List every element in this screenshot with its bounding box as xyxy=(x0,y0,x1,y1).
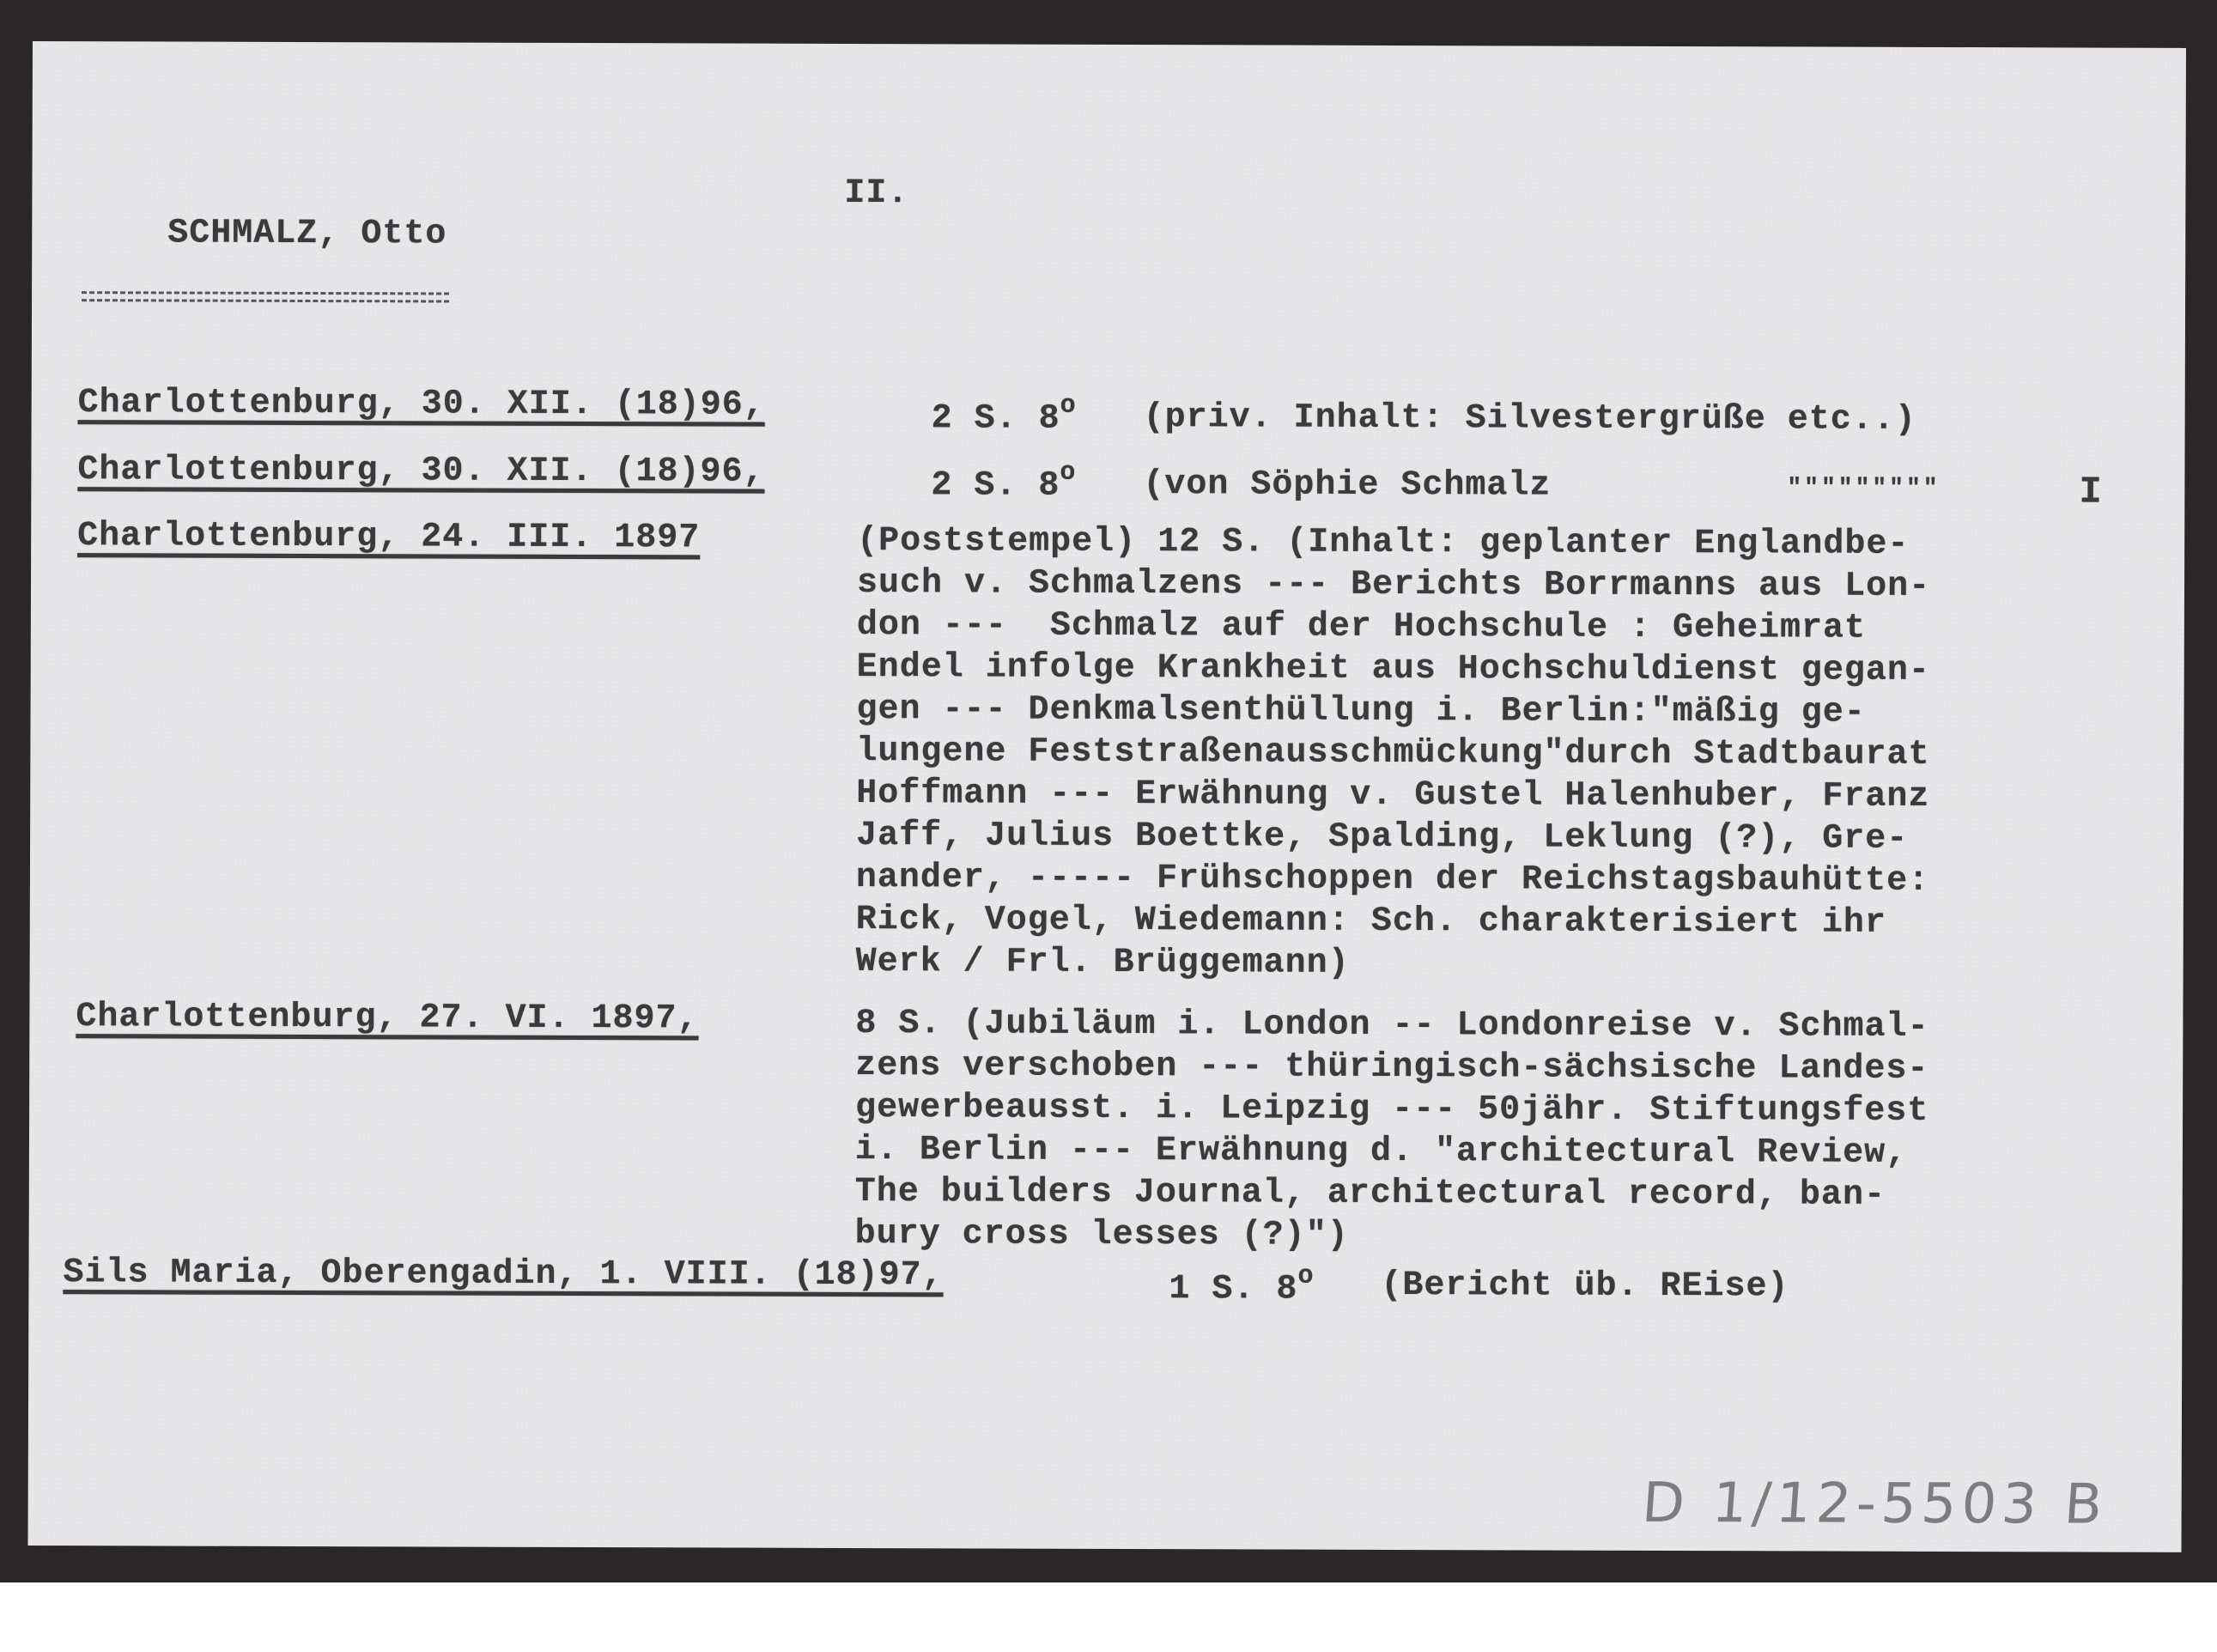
entry-1-note: (priv. Inhalt: Silvestergrüße etc..) xyxy=(1144,397,1916,441)
entry-2-note: (von Söphie Schmalz xyxy=(1143,464,1551,507)
card-number: II. xyxy=(844,173,908,215)
note-line: i. Berlin --- Erwähnung d. "architectura… xyxy=(855,1129,2169,1175)
note-line: Jaff, Julius Boettke, Spalding, Leklung … xyxy=(856,815,2170,861)
card-header-name: SCHMALZ, Otto xyxy=(82,170,450,386)
note-line: Werk / Frl. Brüggemann) xyxy=(856,941,2170,987)
entry-2-extent: 2 S. 8o xyxy=(931,452,1076,507)
note-line: nander, ----- Frühschoppen der Reichstag… xyxy=(856,857,2170,903)
entry-1-extent: 2 S. 8o xyxy=(932,385,1077,440)
entry-4-place-date: Charlottenburg, 27. VI. 1897, xyxy=(76,996,698,1040)
note-line: bury cross lesses (?)") xyxy=(855,1213,2169,1260)
handwritten-shelfmark: D 1/12-5503 B xyxy=(1640,1472,2110,1537)
note-line: lungene Feststraßenausschmückung"durch S… xyxy=(856,731,2170,777)
index-card: SCHMALZ, Otto II. Charlottenburg, 30. XI… xyxy=(27,41,2185,1552)
note-line: 8 S. (Jubiläum i. London -- Londonreise … xyxy=(855,1003,2169,1049)
note-line: zens verschoben --- thüringisch-sächsisc… xyxy=(855,1045,2169,1091)
entry-5-note: (Bericht üb. REise) xyxy=(1381,1265,1789,1308)
note-line: don --- Schmalz auf der Hochschule : Geh… xyxy=(857,604,2171,651)
entry-4-notes: 8 S. (Jubiläum i. London -- Londonreise … xyxy=(855,1003,2170,1260)
double-underline xyxy=(82,291,449,302)
entry-1-place-date: Charlottenburg, 30. XII. (18)96, xyxy=(78,382,765,427)
entry-2-place-date: Charlottenburg, 30. XII. (18)96, xyxy=(77,449,764,494)
note-line: Endel infolge Krankheit aus Hochschuldie… xyxy=(857,647,2171,693)
note-line: (Poststempel) 12 S. (Inhalt: geplanter E… xyxy=(857,520,2171,567)
note-line: gen --- Denkmalsenthüllung i. Berlin:"mä… xyxy=(856,689,2170,735)
note-line: gewerbeausst. i. Leipzig --- 50jähr. Sti… xyxy=(855,1087,2169,1133)
entry-3-place-date: Charlottenburg, 24. III. 1897 xyxy=(77,515,700,559)
entry-5-extent: 1 S. 8o xyxy=(1169,1255,1314,1311)
ditto-marks: """"""""" xyxy=(1787,467,1940,510)
note-line: Hoffmann --- Erwähnung v. Gustel Halenhu… xyxy=(856,773,2170,819)
note-line: such v. Schmalzens --- Berichts Borrmann… xyxy=(857,562,2171,609)
entry-5-place-date: Sils Maria, Oberengadin, 1. VIII. (18)97… xyxy=(63,1252,943,1297)
note-line: The builders Journal, architectural reco… xyxy=(855,1171,2169,1218)
entry-3-notes: (Poststempel) 12 S. (Inhalt: geplanter E… xyxy=(856,520,2171,987)
note-line: Rick, Vogel, Wiedemann: Sch. charakteris… xyxy=(856,899,2170,945)
person-name: SCHMALZ, Otto xyxy=(167,214,446,253)
bracket-mark: I xyxy=(2079,471,2103,513)
